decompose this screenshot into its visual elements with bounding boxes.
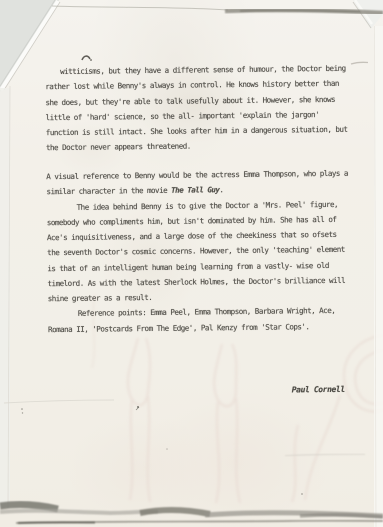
movie-title: The Tall Guy (171, 185, 219, 195)
bottom-edge-smudge (0, 505, 383, 523)
text-run: similar character in the movie (46, 186, 171, 196)
typed-text-block: witticisms, but they have a different se… (45, 61, 370, 337)
text-run: . (219, 185, 223, 194)
scanned-document-page: witticisms, but they have a different se… (0, 0, 383, 527)
author-signature: Paul Cornell (292, 385, 345, 395)
top-edge-smudge (52, 6, 383, 13)
